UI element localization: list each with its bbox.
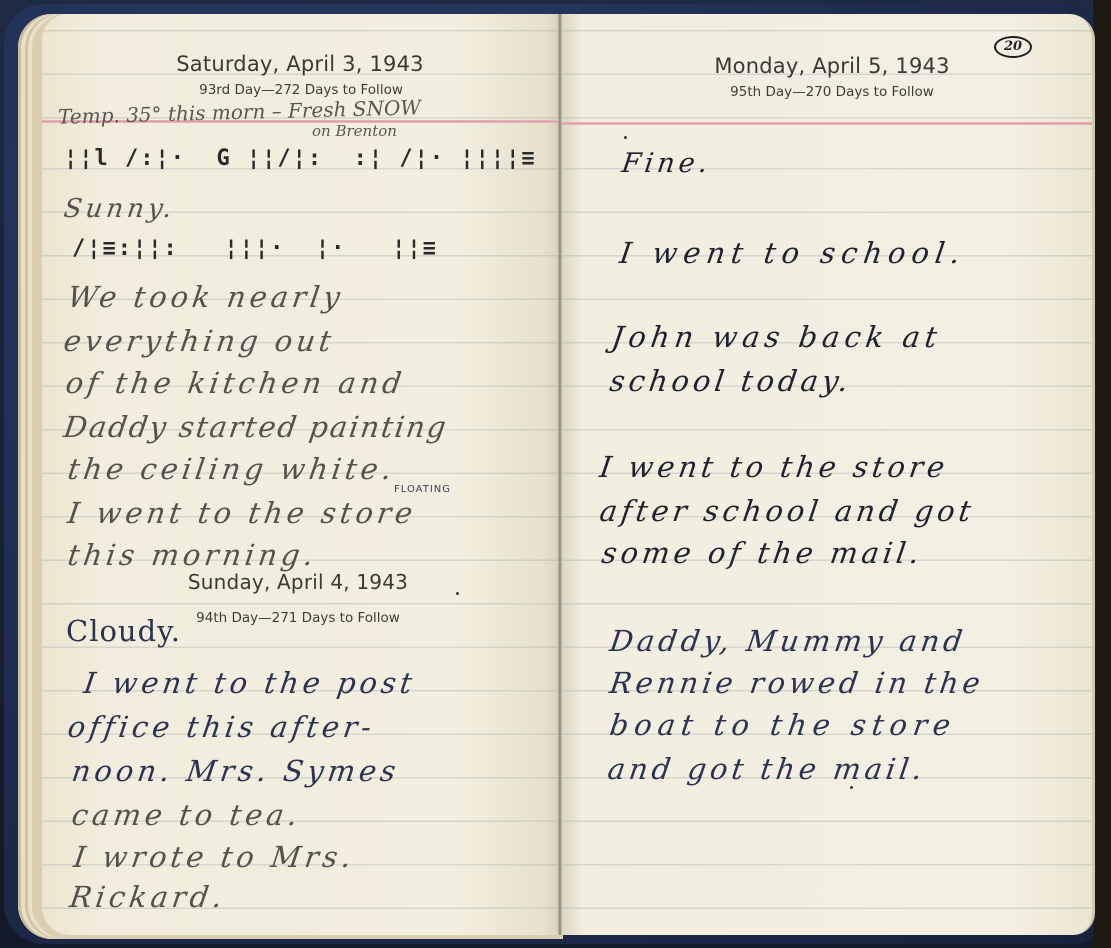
ink-speck	[850, 786, 853, 789]
weather-apr5: Fine.	[620, 148, 714, 179]
entry-line: I went to school.	[618, 236, 969, 270]
entry-line: Daddy started painting	[62, 410, 450, 444]
pencil-note-sub: on Brenton	[312, 122, 397, 140]
entry-line: boat to the store	[608, 708, 959, 742]
entry-dayinfo-apr5: 95th Day—270 Days to Follow	[572, 84, 1092, 100]
coded-marks-line-1: ¦¦l /:¦· G ¦¦/¦: :¦ /¦· ¦¦¦¦≡	[64, 146, 537, 171]
entry-line: John was back at	[610, 320, 944, 354]
entry-line: Rickard.	[68, 880, 229, 914]
entry-line: the ceiling white.	[66, 452, 398, 486]
entry-line: I went to the store	[66, 496, 419, 530]
weather-apr3: Sunny.	[62, 194, 178, 224]
entry-dayinfo-apr3: 93rd Day—272 Days to Follow	[42, 82, 560, 98]
left-page: Saturday, April 3, 1943 93rd Day—272 Day…	[42, 14, 560, 935]
entry-date-apr5: Monday, April 5, 1943	[572, 54, 1092, 78]
weather-apr4: Cloudy.	[66, 614, 181, 648]
entry-line: Daddy, Mummy and	[608, 624, 969, 658]
entry-line: I went to the store	[598, 450, 951, 484]
entry-date-apr4: Sunday, April 4, 1943	[42, 570, 560, 594]
entry-line: I wrote to Mrs.	[72, 840, 358, 874]
entry-line: office this after-	[66, 710, 378, 744]
entry-date-apr3: Saturday, April 3, 1943	[42, 52, 560, 76]
entry-line: noon. Mrs. Symes	[70, 754, 402, 788]
entry-line: school today.	[608, 364, 855, 398]
entry-line: some of the mail.	[600, 536, 926, 570]
coded-marks-line-2: /¦≡:¦¦: ¦¦¦· ¦· ¦¦≡	[72, 236, 438, 261]
entry-line: came to tea.	[70, 798, 304, 832]
entry-line: Rennie rowed in the	[608, 666, 987, 700]
red-header-rule	[562, 122, 1092, 125]
entry-line: this morning.	[66, 538, 320, 572]
diary-scan: Saturday, April 3, 1943 93rd Day—272 Day…	[0, 0, 1111, 948]
right-page: 20 Monday, April 5, 1943 95th Day—270 Da…	[562, 14, 1095, 935]
ink-speck	[624, 136, 627, 139]
background-edge	[1093, 0, 1111, 948]
entry-line: We took nearly	[66, 280, 347, 314]
entry-line: after school and got	[598, 494, 977, 528]
ink-speck	[456, 592, 459, 595]
entry-line: and got the mail.	[606, 752, 929, 786]
insert-note-floating: FLOATING	[394, 484, 451, 495]
entry-line: everything out	[62, 324, 338, 358]
entry-line: I went to the post	[82, 666, 419, 700]
entry-line: of the kitchen and	[64, 366, 408, 400]
